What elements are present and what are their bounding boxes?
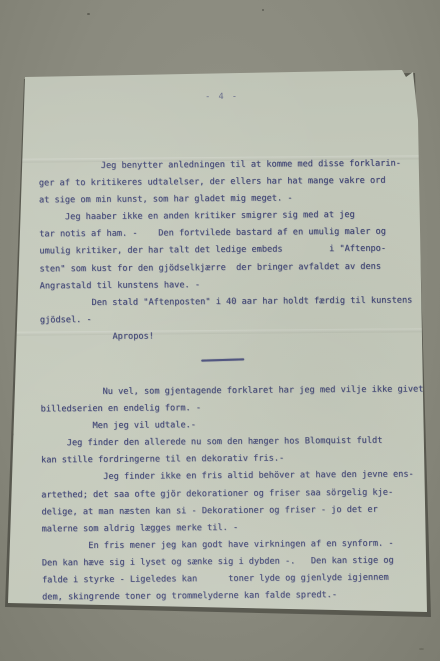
dust-speck [262, 9, 264, 11]
typed-content: - 4 - Jeg benytter anledningen til at ko… [0, 0, 440, 661]
typed-line: Den stald "Aftenposten" i 40 aar har hol… [40, 292, 432, 312]
typed-line: sten" som kust for den gjödselkjærre der… [39, 258, 431, 278]
scanned-document-photo: - 4 - Jeg benytter anledningen til at ko… [0, 0, 440, 661]
typed-line: dem, skingrende toner og trommelyderne k… [42, 586, 434, 606]
typed-line: Jeg finder den allerede nu som den hænge… [41, 433, 433, 453]
typed-line: Nu vel, som gjentagende forklaret har je… [40, 381, 432, 401]
ink-divider-line [201, 358, 244, 361]
paragraph-block-2: Nu vel, som gjentagende forklaret har je… [40, 381, 434, 606]
paragraph-block-1: Jeg benytter anledningen til at komme me… [39, 155, 432, 346]
page-number: - 4 - [205, 92, 238, 102]
typed-line: falde i styrke - Ligeledes kan toner lyd… [42, 569, 434, 589]
typed-line: Apropos! [40, 326, 432, 346]
dust-speck [419, 648, 424, 650]
dust-speck [87, 13, 90, 15]
typed-line: delige, at man næsten kan si - Dekoratio… [41, 501, 433, 521]
letter-page: - 4 - Jeg benytter anledningen til at ko… [0, 0, 440, 661]
typed-line: ger af to kritikeres udtalelser, der ell… [39, 172, 431, 192]
